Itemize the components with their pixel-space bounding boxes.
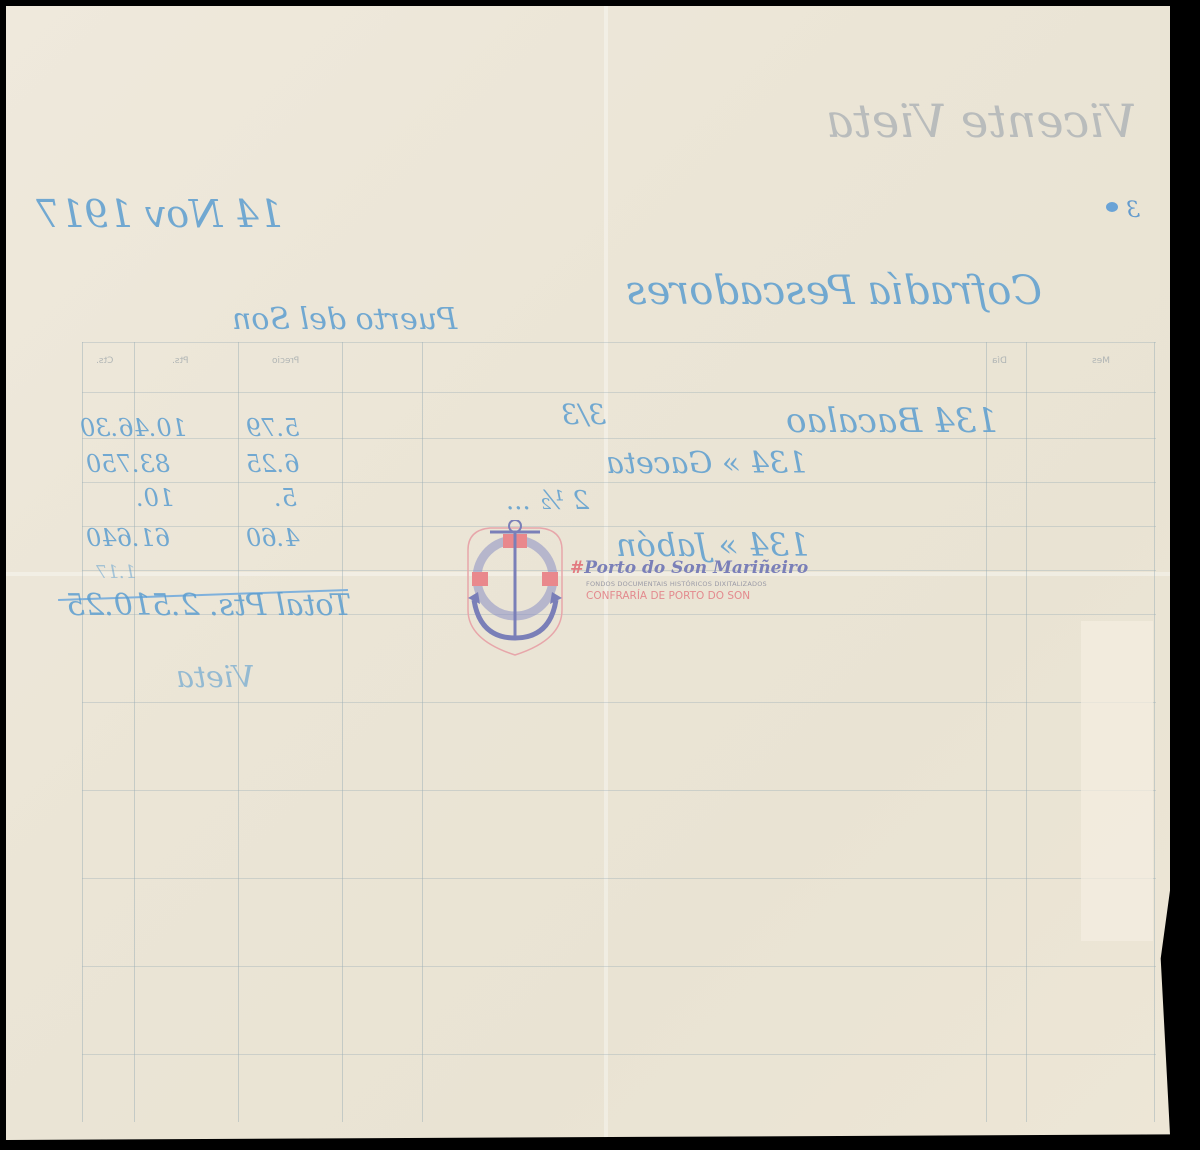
row-amount: 83.750: [86, 450, 170, 478]
watermark-org: CONFRARÍA DE PORTO DO SON: [586, 590, 750, 602]
header-cell: Día: [992, 356, 1007, 366]
row-price: 6.25: [246, 450, 299, 478]
header-cell: Mes: [1092, 356, 1110, 366]
row-item: 134 Bacalao: [786, 401, 998, 441]
page-mark: 3: [1126, 198, 1140, 223]
row-item: 2 ½ ...: [506, 486, 589, 516]
anchor-seal-icon: [460, 520, 570, 660]
addressee-line-2: Puerto del Son: [232, 302, 457, 337]
letterhead-bleed: Vicente Vieta: [826, 94, 1136, 148]
row-item: 134 » Gaceta: [606, 446, 807, 481]
row-amount: 61.640: [86, 524, 170, 552]
date-line: 14 Nov 1917: [36, 192, 283, 236]
header-cell: Cts.: [96, 356, 113, 366]
row-price: 4.60: [246, 524, 299, 552]
total-line: Total Pts. 2.510.25: [66, 588, 351, 623]
row-amount: 10.46.30: [80, 414, 187, 442]
subtotal: 1.17: [96, 562, 136, 583]
signature: Vieta: [176, 660, 254, 695]
header-cell: Pts.: [172, 356, 189, 366]
stamp-remnant: [1081, 621, 1153, 941]
row-amount: 10.: [136, 484, 174, 512]
row-price: 5.: [274, 484, 297, 512]
header-cell: Precio: [272, 356, 299, 366]
ink-blot: [1106, 202, 1118, 212]
watermark-logo: #Porto do Son Mariñeiro FONDOS DOCUMENTA…: [460, 520, 780, 660]
watermark-subtitle: FONDOS DOCUMENTAIS HISTÓRICOS DIXITALIZA…: [586, 580, 767, 588]
row-price: 5.79: [246, 414, 299, 442]
watermark-title: #Porto do Son Mariñeiro: [570, 558, 808, 578]
addressee-line-1: Cofradía Pescadores: [626, 268, 1042, 314]
row-ref: 3/3: [561, 398, 606, 431]
